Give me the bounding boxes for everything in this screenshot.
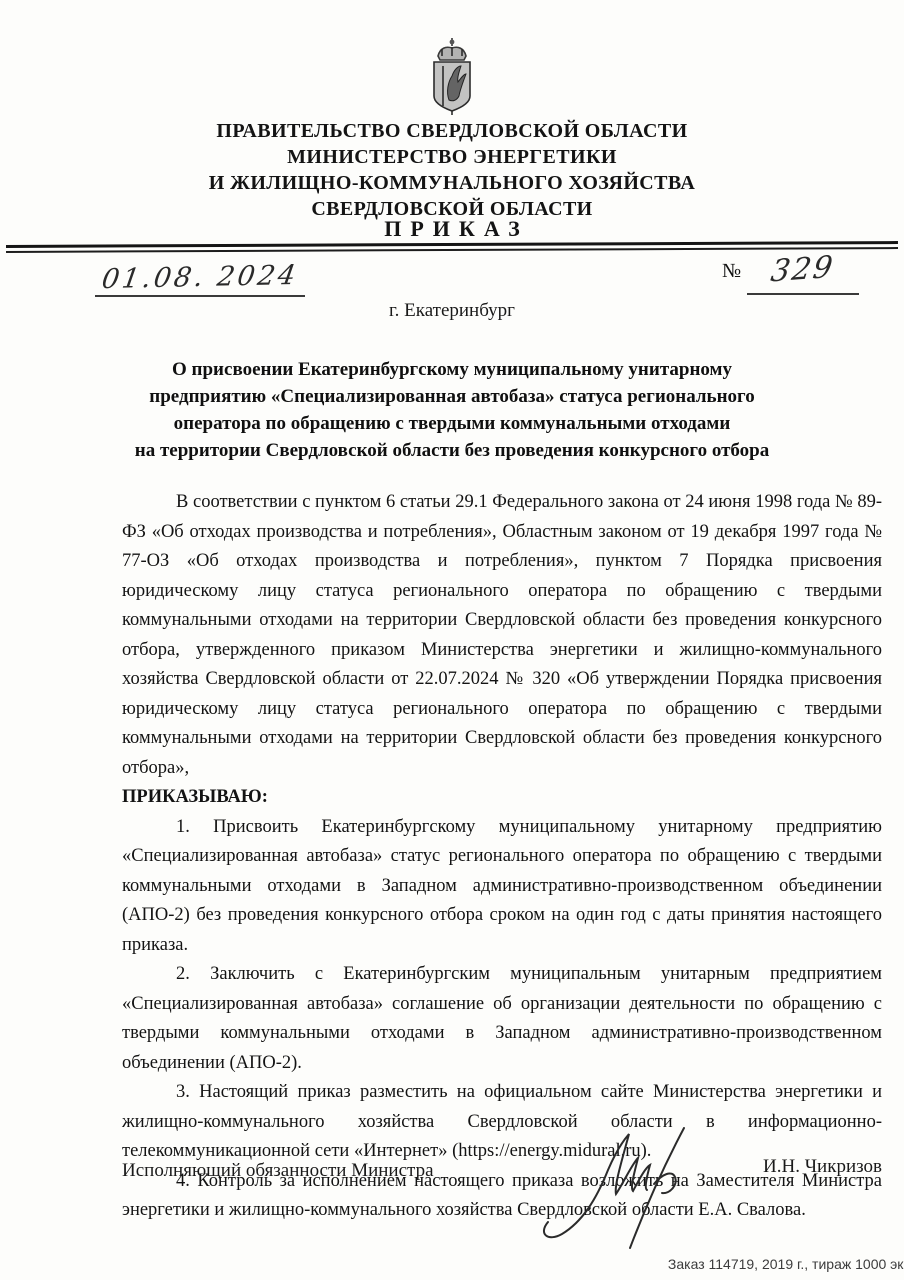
coat-of-arms-icon <box>416 36 488 116</box>
date-field: 01.08. 2024 <box>95 262 305 297</box>
preamble-paragraph: В соответствии с пунктом 6 статьи 29.1 Ф… <box>122 488 882 783</box>
signer-name: И.Н. Чикризов <box>763 1156 882 1178</box>
subject-line: на территории Свердловской области без п… <box>0 437 904 464</box>
handwritten-number: 329 <box>769 250 837 290</box>
signer-position: Исполняющий обязанности Министра <box>122 1160 434 1182</box>
number-field: №329 <box>722 258 872 295</box>
order-body: В соответствии с пунктом 6 статьи 29.1 Ф… <box>122 488 882 1226</box>
place-of-issue: г. Екатеринбург <box>0 300 904 322</box>
handwritten-signature-icon <box>534 1122 694 1257</box>
subject-line: предприятию «Специализированная автобаза… <box>0 383 904 410</box>
scanned-order-document: ПРАВИТЕЛЬСТВО СВЕРДЛОВСКОЙ ОБЛАСТИ МИНИС… <box>0 0 904 1280</box>
handwritten-date: 01.08. 2024 <box>100 260 301 295</box>
authority-line: И ЖИЛИЩНО-КОММУНАЛЬНОГО ХОЗЯЙСТВА <box>0 170 904 196</box>
order-item-2: 2. Заключить с Екатеринбургским муниципа… <box>122 960 882 1078</box>
subject-line: оператора по обращению с твердыми коммун… <box>0 410 904 437</box>
order-item-1: 1. Присвоить Екатеринбургскому муниципал… <box>122 813 882 961</box>
document-type-title: ПРИКАЗ <box>0 216 904 242</box>
issuing-authority: ПРАВИТЕЛЬСТВО СВЕРДЛОВСКОЙ ОБЛАСТИ МИНИС… <box>0 118 904 222</box>
order-item-3: 3. Настоящий приказ разместить на официа… <box>122 1078 882 1167</box>
resolve-word: ПРИКАЗЫВАЮ: <box>122 783 882 813</box>
print-order-note: Заказ 114719, 2019 г., тираж 1000 экз <box>668 1256 904 1272</box>
order-subject: О присвоении Екатеринбургскому муниципал… <box>0 356 904 464</box>
header-divider <box>6 241 898 253</box>
authority-line: МИНИСТЕРСТВО ЭНЕРГЕТИКИ <box>0 144 904 170</box>
subject-line: О присвоении Екатеринбургскому муниципал… <box>0 356 904 383</box>
authority-line: ПРАВИТЕЛЬСТВО СВЕРДЛОВСКОЙ ОБЛАСТИ <box>0 118 904 144</box>
number-sign: № <box>722 260 741 282</box>
